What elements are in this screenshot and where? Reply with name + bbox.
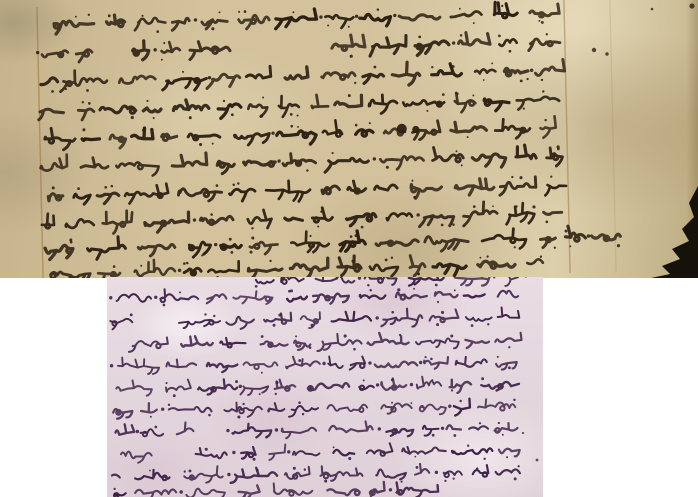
manuscript-text-line [41, 59, 565, 94]
manuscript-text-line [45, 224, 621, 260]
screenshot-canvas [0, 0, 698, 497]
manuscript-text-line [110, 307, 519, 331]
top-manuscript-photo [0, 0, 698, 278]
top-manuscript-writing [0, 0, 698, 278]
manuscript-text-line [50, 251, 543, 278]
manuscript-text-line [109, 286, 518, 307]
ink-speck [592, 48, 596, 52]
manuscript-text-line [113, 398, 516, 420]
manuscript-text-line [255, 277, 526, 289]
manuscript-text-line [112, 463, 520, 486]
manuscript-text-line [54, 1, 560, 35]
ink-speck [689, 3, 694, 8]
torn-corner-shape [651, 186, 698, 278]
margin-ruling-line [37, 7, 43, 278]
manuscript-text-line [115, 419, 517, 441]
manuscript-text-line [36, 30, 560, 65]
bottom-writing-group [109, 277, 528, 497]
manuscript-text-line [45, 115, 556, 150]
manuscript-text-line [116, 376, 519, 398]
bottom-manuscript-writing [107, 277, 543, 497]
manuscript-text-line [48, 174, 566, 207]
manuscript-text-line [38, 89, 559, 122]
ink-speck [522, 432, 524, 434]
manuscript-text-line [42, 200, 562, 236]
margin-ruling-line [610, 0, 616, 272]
manuscript-text-line [110, 353, 517, 375]
ink-speck [605, 52, 608, 55]
manuscript-text-line [121, 442, 520, 464]
top-writing-group [35, 0, 621, 278]
bottom-manuscript-photo [107, 277, 543, 497]
ink-speck [536, 459, 539, 462]
manuscript-text-line [129, 331, 522, 353]
manuscript-text-line [113, 481, 438, 497]
ink-speck [651, 8, 654, 11]
